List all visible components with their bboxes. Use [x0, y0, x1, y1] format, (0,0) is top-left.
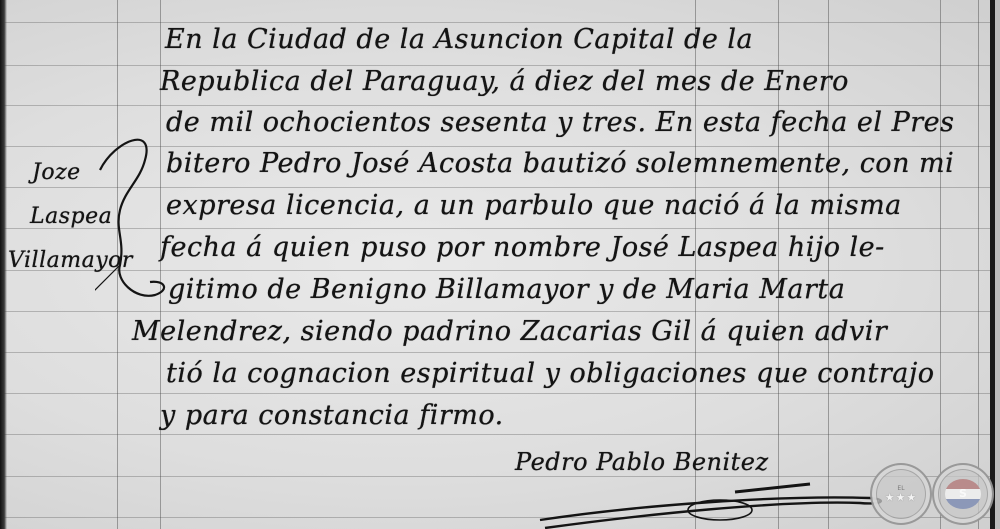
page-binding-edge	[0, 0, 7, 529]
signature-flourish	[520, 470, 900, 529]
map-emblem-icon: S	[958, 488, 968, 499]
archive-seal: EL ★★★	[870, 463, 932, 525]
entry-line-8: Melendrez, siendo padrino Zacarias Gil á…	[132, 316, 887, 347]
ruled-line	[0, 105, 990, 106]
ruled-line	[0, 352, 990, 353]
column-rule	[978, 0, 979, 529]
column-rule	[940, 0, 941, 529]
entry-line-6: fecha á quien puso por nombre José Laspe…	[160, 232, 885, 263]
ruled-line	[0, 393, 990, 394]
entry-line-1: En la Ciudad de la Asuncion Capital de l…	[165, 24, 753, 55]
entry-line-10: y para constancia firmo.	[160, 400, 504, 431]
margin-note-first-name: Joze	[32, 160, 81, 185]
margin-bracket-flourish	[95, 130, 175, 330]
entry-line-5: expresa licencia, a un parbulo que nació…	[166, 190, 902, 221]
entry-line-7: gitimo de Benigno Billamayor y de Maria …	[168, 274, 845, 305]
seal-stars-icon: ★★★	[885, 492, 918, 504]
paraguay-flag-seal: S	[932, 463, 994, 525]
entry-line-9: tió la cognacion espiritual y obligacion…	[166, 358, 934, 389]
entry-line-2: Republica del Paraguay, á diez del mes d…	[160, 66, 849, 97]
ruled-line	[0, 22, 990, 23]
ruled-line	[0, 434, 990, 435]
entry-line-4: bitero Pedro José Acosta bautizó solemne…	[166, 148, 954, 179]
scanned-register-page: Joze Laspea Villamayor En la Ciudad de l…	[0, 0, 1000, 529]
entry-line-3: de mil ochocientos sesenta y tres. En es…	[166, 107, 954, 138]
flag-icon: S	[945, 479, 981, 509]
page-outer-edge	[995, 0, 1000, 529]
